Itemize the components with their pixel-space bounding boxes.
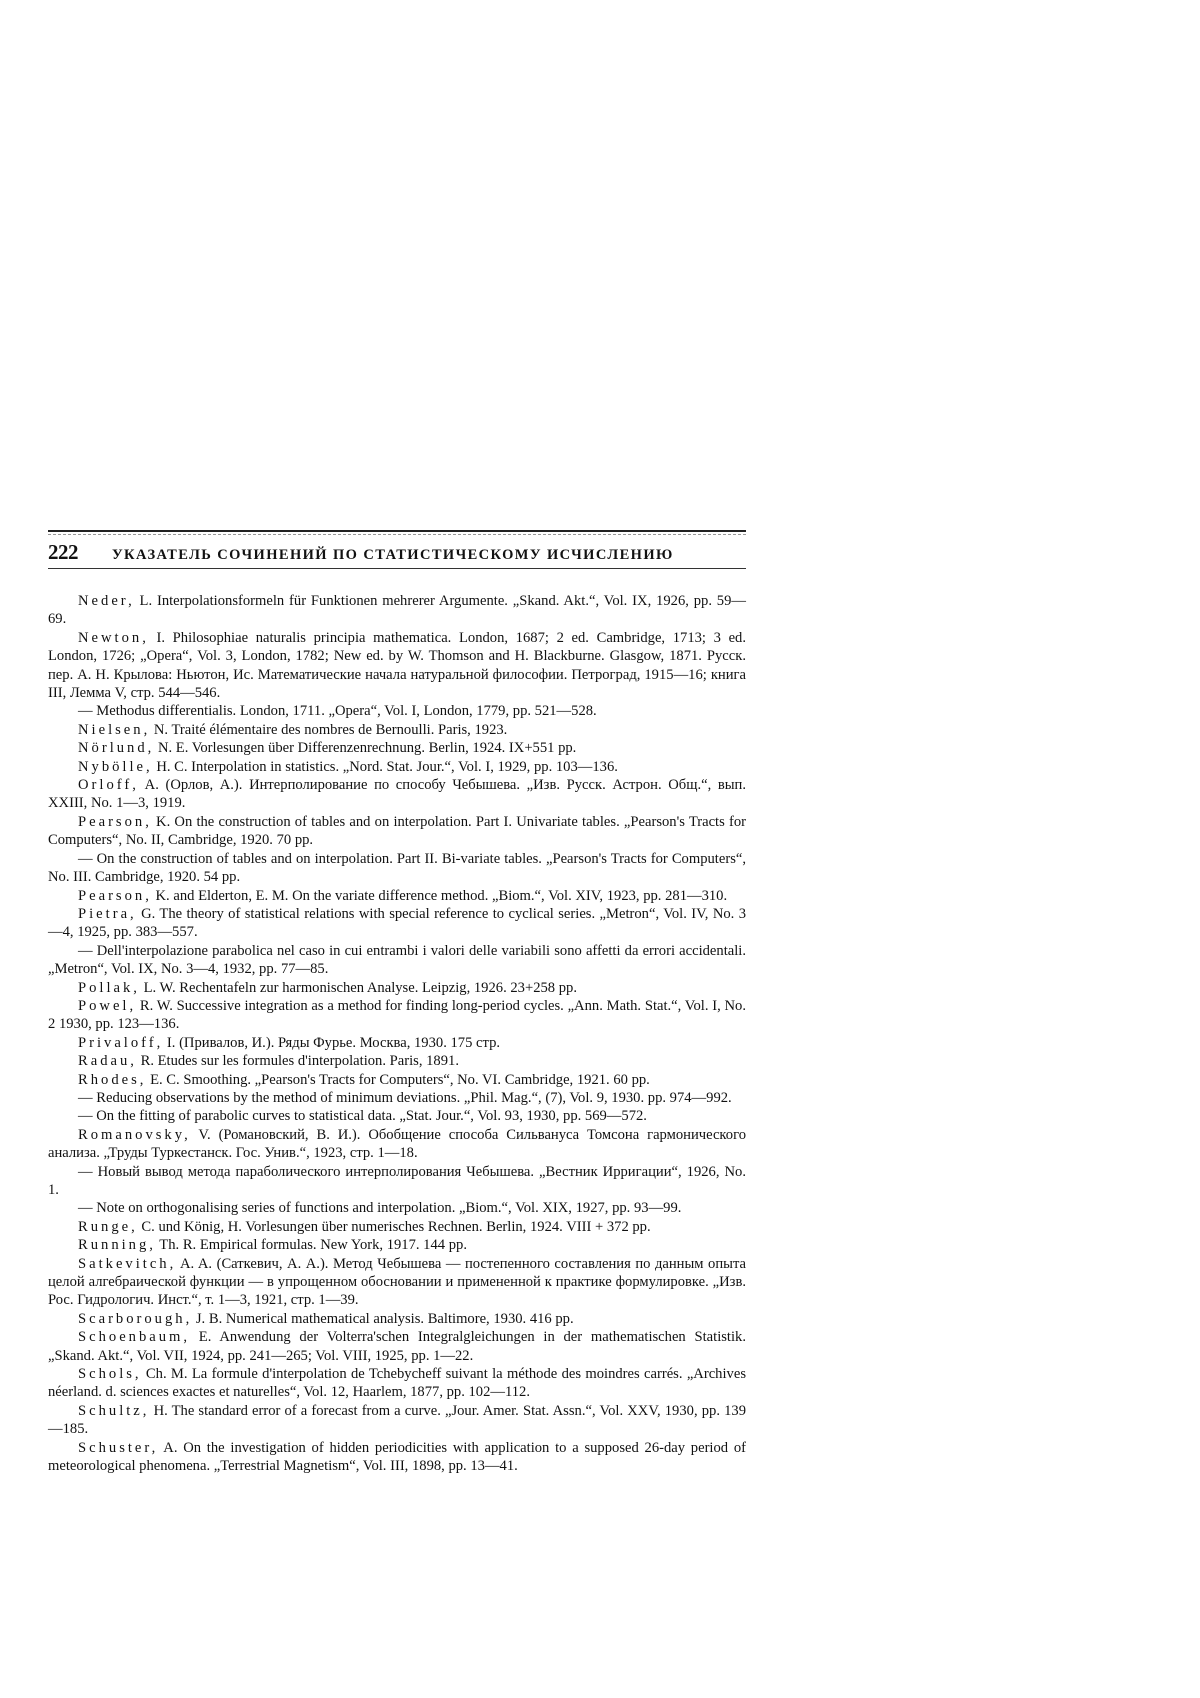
bibliography-entry: Orloff, A. (Орлов, А.). Интерполирование… [48, 776, 746, 813]
entry-text: R. Etudes sur les formules d'interpolati… [137, 1053, 459, 1069]
entry-author: Powel, [78, 998, 136, 1014]
bibliography-entry: — Dell'interpolazione parabolica nel cas… [48, 942, 746, 979]
entry-text: A. (Орлов, А.). Интерполирование по спос… [48, 777, 746, 811]
bibliography-entry: — Methodus differentialis. London, 1711.… [48, 702, 746, 720]
entry-author: Pearson, [78, 888, 152, 904]
entry-author: Satkevitch, [78, 1256, 176, 1272]
bibliography-entry: Romanovsky, V. (Романовский, В. И.). Обо… [48, 1126, 746, 1163]
entry-text: H. C. Interpolation in statistics. „Nord… [153, 759, 618, 775]
entry-author: Schols, [78, 1366, 142, 1382]
bibliography-entry: Runge, C. und König, H. Vorlesungen über… [48, 1218, 746, 1236]
entry-author: Neder, [78, 593, 135, 609]
bibliography-entry: Nörlund, N. E. Vorlesungen über Differen… [48, 739, 746, 757]
bibliography-entry: Pearson, K. On the construction of table… [48, 813, 746, 850]
bibliography-entry: Running, Th. R. Empirical formulas. New … [48, 1236, 746, 1254]
bibliography-entry: Rhodes, E. C. Smoothing. „Pearson's Trac… [48, 1071, 746, 1089]
header-top-rule [48, 530, 746, 532]
entry-author: Schoenbaum, [78, 1329, 190, 1345]
entry-author: Nielsen, [78, 722, 150, 738]
entry-text: — Methodus differentialis. London, 1711.… [78, 703, 597, 719]
entry-text: J. B. Numerical mathematical analysis. B… [192, 1311, 573, 1327]
bibliography-entry: — Reducing observations by the method of… [48, 1089, 746, 1107]
entry-author: Nybölle, [78, 759, 153, 775]
entry-author: Romanovsky, [78, 1127, 191, 1143]
running-title: УКАЗАТЕЛЬ СОЧИНЕНИЙ ПО СТАТИСТИЧЕСКОМУ И… [112, 547, 674, 564]
bibliography-entry: — On the construction of tables and on i… [48, 850, 746, 887]
bibliography-entry: Nielsen, N. Traité élémentaire des nombr… [48, 721, 746, 739]
running-head: 222 УКАЗАТЕЛЬ СОЧИНЕНИЙ ПО СТАТИСТИЧЕСКО… [48, 540, 746, 566]
entry-text: — Note on orthogonalising series of func… [78, 1200, 681, 1216]
bibliography-entry: Scarborough, J. B. Numerical mathematica… [48, 1310, 746, 1328]
entry-author: Orloff, [78, 777, 139, 793]
entry-text: — On the construction of tables and on i… [48, 851, 746, 885]
entry-text: K. and Elderton, E. M. On the variate di… [152, 888, 727, 904]
bibliography-entry: Pietra, G. The theory of statistical rel… [48, 905, 746, 942]
bibliography-entry: Pearson, K. and Elderton, E. M. On the v… [48, 887, 746, 905]
entry-author: Rhodes, [78, 1072, 146, 1088]
header-top-rule-secondary [48, 534, 746, 535]
bibliography-entry: — Новый вывод метода параболического инт… [48, 1163, 746, 1200]
entry-author: Privaloff, [78, 1035, 163, 1051]
bibliography-entry: Schols, Ch. M. La formule d'interpolatio… [48, 1365, 746, 1402]
bibliography-entry: Schoenbaum, E. Anwendung der Volterra'sc… [48, 1328, 746, 1365]
bibliography-entry: Privaloff, I. (Привалов, И.). Ряды Фурье… [48, 1034, 746, 1052]
entry-text: I. (Привалов, И.). Ряды Фурье. Москва, 1… [163, 1035, 500, 1051]
entry-author: Radau, [78, 1053, 137, 1069]
entry-author: Pietra, [78, 906, 137, 922]
bibliography-entry: — Note on orthogonalising series of func… [48, 1199, 746, 1217]
entry-author: Schultz, [78, 1403, 149, 1419]
entry-text: Th. R. Empirical formulas. New York, 191… [156, 1237, 467, 1253]
bibliography-entry: Schuster, A. On the investigation of hid… [48, 1439, 746, 1476]
bibliography-entry: Radau, R. Etudes sur les formules d'inte… [48, 1052, 746, 1070]
bibliography-entry: Nybölle, H. C. Interpolation in statisti… [48, 758, 746, 776]
entry-author: Pollak, [78, 980, 140, 996]
entry-author: Newton, [78, 630, 149, 646]
entry-author: Scarborough, [78, 1311, 192, 1327]
entry-text: — Новый вывод метода параболического инт… [48, 1164, 746, 1198]
bibliography-entry: Schultz, H. The standard error of a fore… [48, 1402, 746, 1439]
entry-text: — Dell'interpolazione parabolica nel cas… [48, 943, 746, 977]
entry-text: L. W. Rechentafeln zur harmonischen Anal… [140, 980, 577, 996]
entry-text: G. The theory of statistical relations w… [48, 906, 746, 940]
entry-text: N. Traité élémentaire des nombres de Ber… [150, 722, 507, 738]
entry-text: C. und König, H. Vorlesungen über numeri… [138, 1219, 651, 1235]
entry-author: Running, [78, 1237, 156, 1253]
entry-text: I. Philosophiae naturalis principia math… [48, 630, 746, 701]
entry-author: Runge, [78, 1219, 138, 1235]
bibliography-entry: Newton, I. Philosophiae naturalis princi… [48, 629, 746, 703]
bibliography-entry: Neder, L. Interpolationsformeln für Funk… [48, 592, 746, 629]
entry-text: — Reducing observations by the method of… [78, 1090, 732, 1106]
entry-author: Nörlund, [78, 740, 154, 756]
entry-author: Pearson, [78, 814, 152, 830]
entry-text: N. E. Vorlesungen über Differenzenrechnu… [154, 740, 576, 756]
bibliography-entry: Satkevitch, A. A. (Саткевич, А. А.). Мет… [48, 1255, 746, 1310]
bibliography-entry: — On the fitting of parabolic curves to … [48, 1107, 746, 1125]
entry-author: Schuster, [78, 1440, 158, 1456]
entry-text: — On the fitting of parabolic curves to … [78, 1108, 647, 1124]
bibliography-list: Neder, L. Interpolationsformeln für Funk… [48, 592, 746, 1476]
entry-text: E. C. Smoothing. „Pearson's Tracts for C… [146, 1072, 649, 1088]
bibliography-entry: Powel, R. W. Successive integration as a… [48, 997, 746, 1034]
page-number: 222 [48, 540, 112, 565]
entry-text: Ch. M. La formule d'interpolation de Tch… [48, 1366, 746, 1400]
entry-text: L. Interpolationsformeln für Funktionen … [48, 593, 746, 627]
header-bottom-rule [48, 568, 746, 569]
entry-text: H. The standard error of a forecast from… [48, 1403, 746, 1437]
bibliography-entry: Pollak, L. W. Rechentafeln zur harmonisc… [48, 979, 746, 997]
entry-text: K. On the construction of tables and on … [48, 814, 746, 848]
entry-text: R. W. Successive integration as a method… [48, 998, 746, 1032]
